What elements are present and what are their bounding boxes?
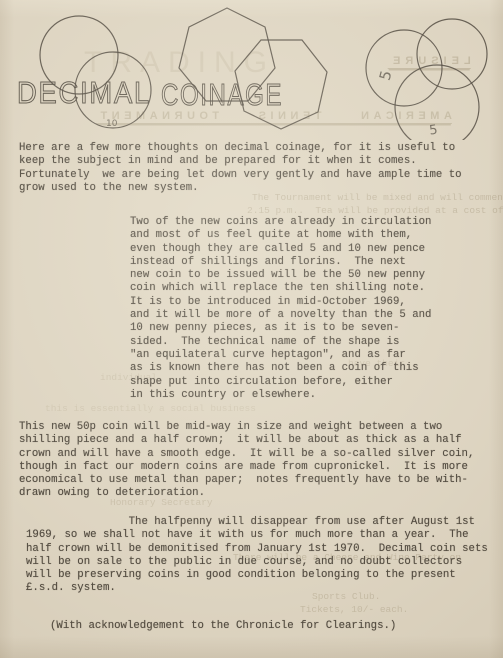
typed-line: and most of us feel quite at home with t…	[130, 229, 431, 242]
header-artwork: 10 5 5 DECIMAL COINAGE	[0, 0, 503, 140]
typed-line: sided. The technical name of the shape i…	[130, 336, 431, 349]
typed-line: coin which will replace the ten shilling…	[130, 282, 431, 295]
typed-line: 1969, so we shall not have it with us fo…	[26, 529, 488, 542]
typed-line: drawn owing to deterioration.	[19, 487, 474, 500]
typed-line: as is known there has not been a coin of…	[130, 362, 431, 375]
typed-line: shilling piece and a half crown; it will…	[19, 434, 474, 447]
typed-line: Fortunately we are being let down very g…	[19, 169, 462, 182]
typed-line: economical to use metal than paper; note…	[19, 474, 474, 487]
coin-circle-right-mid	[366, 30, 442, 106]
typed-line: It is to be introduced in mid-October 19…	[130, 296, 431, 309]
paragraph-halfpenny: The halfpenny will disappear from use af…	[26, 516, 488, 596]
typed-line: in this country or elsewhere.	[130, 389, 431, 402]
typed-line: grow used to the new system.	[19, 182, 462, 195]
typed-line: instead of shillings and florins. The ne…	[130, 256, 431, 269]
paragraph-intro: Here are a few more thoughts on decimal …	[19, 142, 462, 195]
coin-mark-five-bottom: 5	[428, 123, 438, 139]
typed-line: half crown will be demonitised from Janu…	[26, 543, 488, 556]
typed-line: new coin to be issued will be the 50 new…	[130, 269, 431, 282]
typed-line: "an equilateral curve heptagon", and as …	[130, 349, 431, 362]
acknowledgement-line: (With acknowledgement to the Chronicle f…	[50, 620, 396, 633]
paragraph-indented-new-coins: Two of the new coins are already in circ…	[130, 216, 431, 402]
coin-mark-ten: 10	[106, 119, 118, 129]
typed-line: 10 new penny pieces, as it is to be seve…	[130, 322, 431, 335]
bleedthrough-line: 2.15 p.m.. Tea will be provided at a cos…	[247, 205, 503, 216]
scanned-newsletter-page: { "colors": { "paper": "#ddd4c1", "ink":…	[0, 0, 503, 658]
typed-line: (With acknowledgement to the Chronicle f…	[50, 620, 396, 633]
page-title-word-decimal: DECIMAL	[17, 75, 151, 110]
typed-line: crown and will have a smooth edge. It wi…	[19, 448, 474, 461]
typed-line: will be preserving coins in good conditi…	[26, 569, 488, 582]
typed-line: £.s.d. system.	[26, 582, 488, 595]
typed-line: even though they are called 5 and 10 new…	[130, 243, 431, 256]
typed-line: Two of the new coins are already in circ…	[130, 216, 431, 229]
typed-line: shape put into circulation before, eithe…	[130, 376, 431, 389]
typed-line: This new 50p coin will be mid-way in siz…	[19, 421, 474, 434]
bleedthrough-fragment: Tickets, 10/- each.	[300, 604, 408, 615]
typed-line: The halfpenny will disappear from use af…	[26, 516, 488, 529]
page-title-word-coinage: COINAGE	[161, 77, 283, 112]
bleedthrough-fragment: this is essentially a social business	[45, 403, 256, 414]
typed-line: keep the subject in mind and be prepared…	[19, 155, 462, 168]
coin-circle-right-top	[417, 19, 487, 89]
coin-mark-five-sideways: 5	[376, 69, 396, 83]
typed-line: Here are a few more thoughts on decimal …	[19, 142, 462, 155]
typed-line: will be on sale to the public in due cou…	[26, 556, 488, 569]
typed-line: though in fact our modern coins are made…	[19, 461, 474, 474]
paragraph-50p-description: This new 50p coin will be mid-way in siz…	[19, 421, 474, 501]
typed-line: and it will be more of a novelty than th…	[130, 309, 431, 322]
